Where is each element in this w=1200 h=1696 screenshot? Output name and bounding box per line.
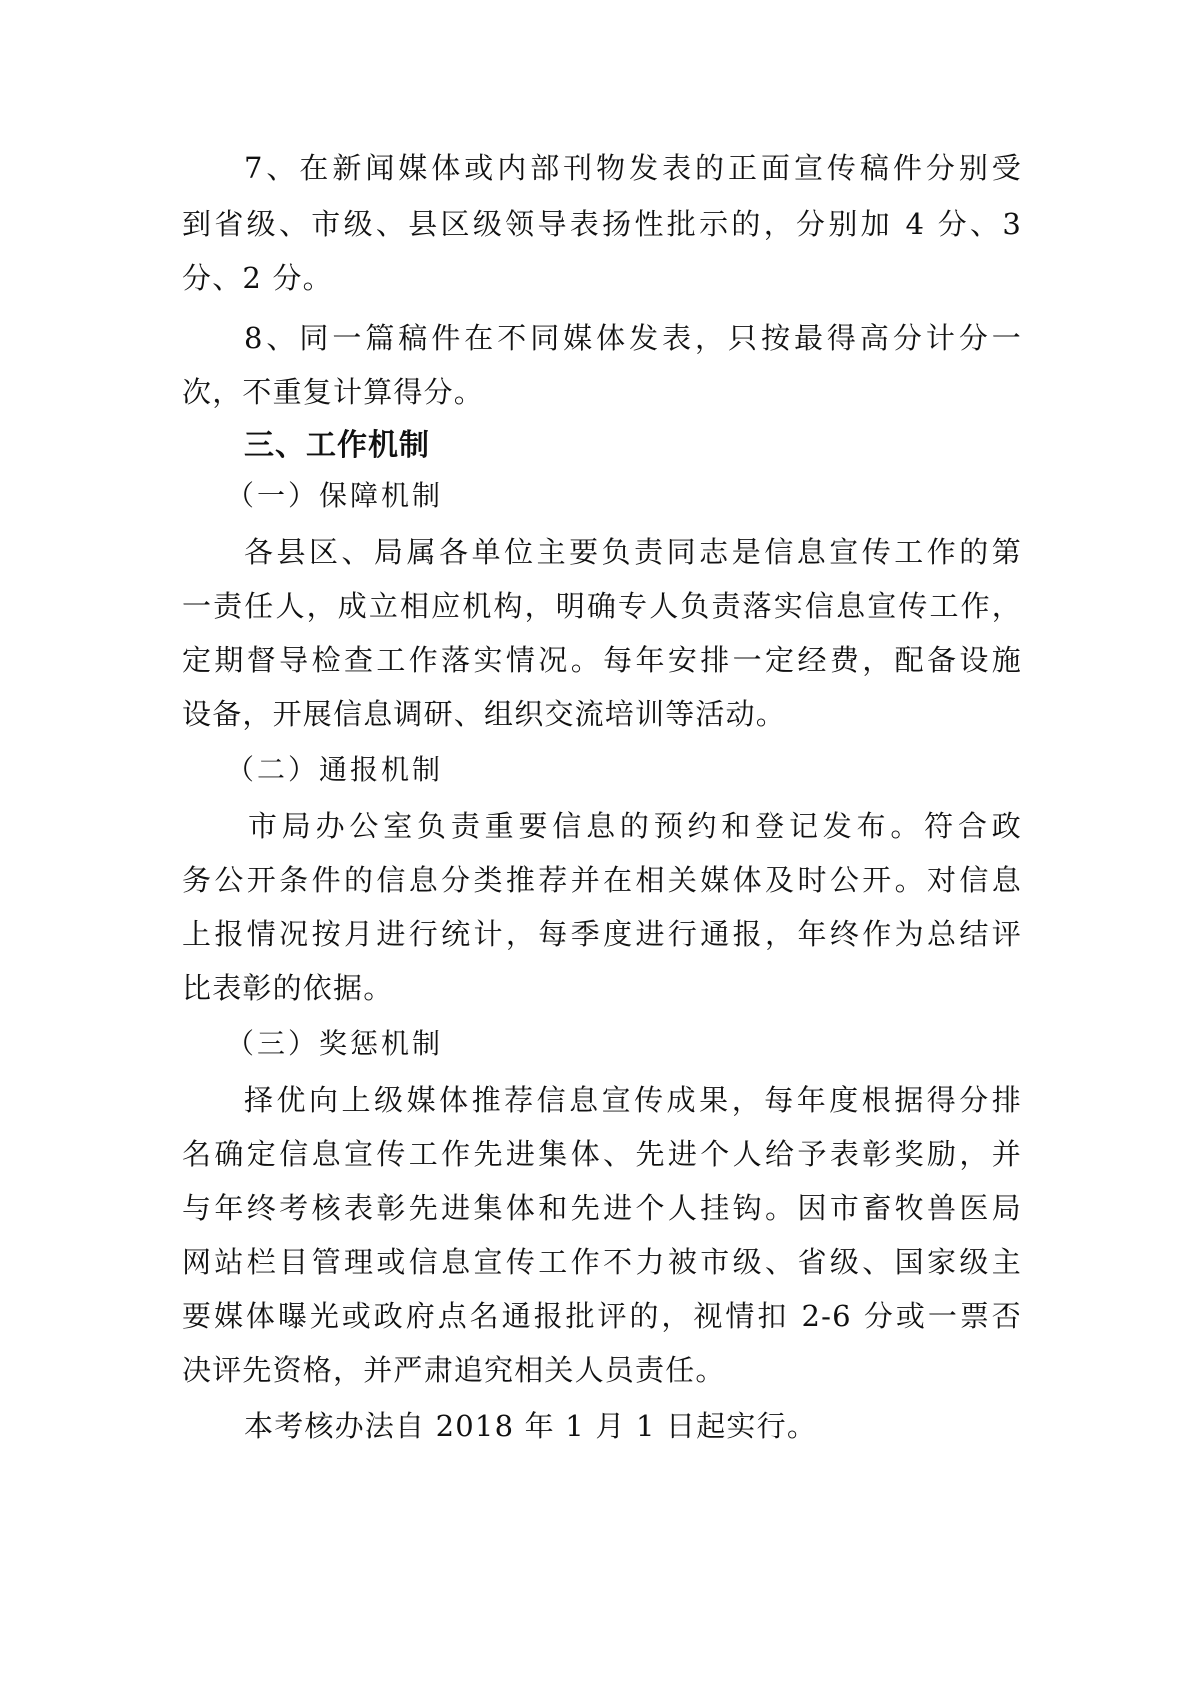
paragraph-line: 与年终考核表彰先进集体和先进个人挂钩。因市畜牧兽医局 — [182, 1190, 1022, 1226]
subsection-title: （一）保障机制 — [226, 478, 1066, 514]
closing-statement: 本考核办法自 2018 年 1 月 1 日起实行。 — [244, 1408, 1022, 1444]
paragraph-line: 设备，开展信息调研、组织交流培训等活动。 — [182, 696, 1022, 732]
paragraph-line: 务公开条件的信息分类推荐并在相关媒体及时公开。对信息 — [182, 862, 1022, 898]
paragraph-line: 7、在新闻媒体或内部刊物发表的正面宣传稿件分别受 — [244, 150, 1022, 186]
paragraph-line: 到省级、市级、县区级领导表扬性批示的，分别加 4 分、3 — [182, 206, 1022, 242]
paragraph-line: 8、同一篇稿件在不同媒体发表，只按最得高分计分一 — [244, 320, 1022, 356]
paragraph-line: 名确定信息宣传工作先进集体、先进个人给予表彰奖励，并 — [182, 1136, 1022, 1172]
paragraph-line: 决评先资格，并严肃追究相关人员责任。 — [182, 1352, 1022, 1388]
paragraph-line: 次，不重复计算得分。 — [182, 374, 1022, 410]
paragraph-line: 市局办公室负责重要信息的预约和登记发布。符合政 — [248, 808, 1022, 844]
subsection-title: （三）奖惩机制 — [226, 1026, 1066, 1062]
paragraph-line: 上报情况按月进行统计，每季度进行通报，年终作为总结评 — [182, 916, 1022, 952]
paragraph-line: 分、2 分。 — [182, 260, 1022, 296]
subsection-title: （二）通报机制 — [226, 752, 1066, 788]
document-page: 7、在新闻媒体或内部刊物发表的正面宣传稿件分别受 到省级、市级、县区级领导表扬性… — [0, 0, 1200, 1696]
paragraph-line: 网站栏目管理或信息宣传工作不力被市级、省级、国家级主 — [182, 1244, 1022, 1280]
paragraph-line: 要媒体曝光或政府点名通报批评的，视情扣 2-6 分或一票否 — [182, 1298, 1022, 1334]
paragraph-line: 定期督导检查工作落实情况。每年安排一定经费，配备设施 — [182, 642, 1022, 678]
paragraph-line: 择优向上级媒体推荐信息宣传成果，每年度根据得分排 — [244, 1082, 1022, 1118]
paragraph-line: 比表彰的依据。 — [182, 970, 1022, 1006]
section-heading: 三、工作机制 — [244, 428, 1084, 464]
paragraph-line: 各县区、局属各单位主要负责同志是信息宣传工作的第 — [244, 534, 1022, 570]
paragraph-line: 一责任人，成立相应机构，明确专人负责落实信息宣传工作， — [182, 588, 1022, 624]
